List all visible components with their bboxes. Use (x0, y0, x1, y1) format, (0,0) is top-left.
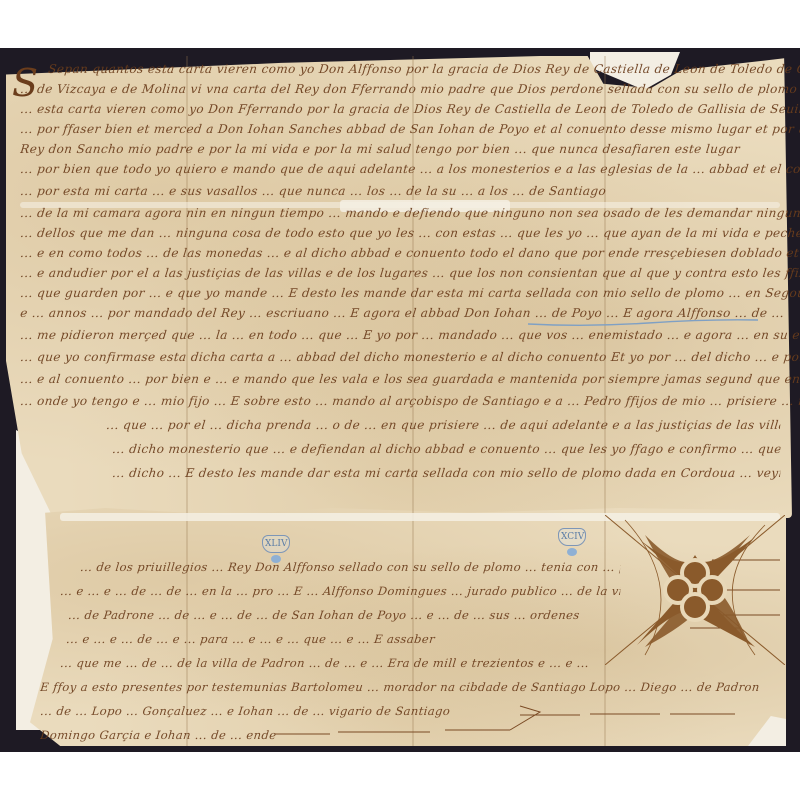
blue-annotation-line (528, 318, 758, 328)
closing-dash-lines (0, 0, 800, 800)
archive-stamp: XLIV (262, 535, 290, 563)
archive-stamp: XCIV (558, 528, 586, 556)
stamp-number: XCIV (558, 528, 586, 546)
stamp-ornament-icon (567, 548, 577, 556)
stamp-number: XLIV (262, 535, 290, 553)
stamp-ornament-icon (271, 555, 281, 563)
notarial-sign-icon (605, 515, 785, 665)
